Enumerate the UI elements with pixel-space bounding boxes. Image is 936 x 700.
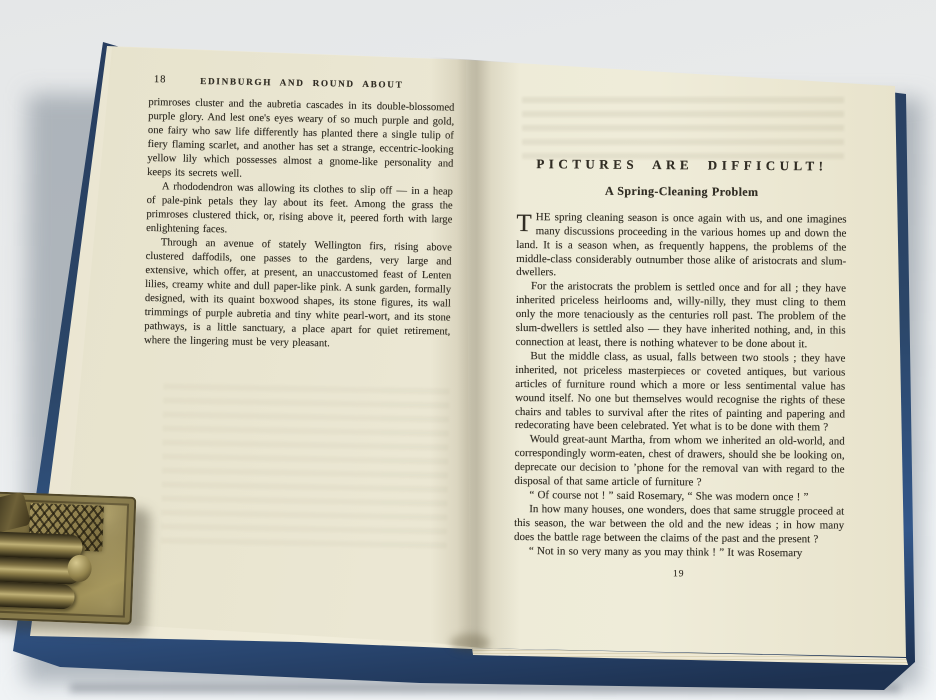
show-through-text: [161, 384, 450, 557]
page-number-left: 18: [154, 73, 167, 87]
bookend-ridge: [0, 531, 83, 560]
right-page-text: PICTURES ARE DIFFICULT! A Spring-Cleanin…: [514, 157, 847, 584]
body-paragraph: A rhododendron was allowing its clothes …: [146, 180, 453, 242]
brass-bookend: [0, 491, 136, 625]
show-through-text: [522, 97, 844, 159]
bookend-ridge: [0, 581, 75, 610]
running-header: 18 EDINBURGH AND ROUND ABOUT: [149, 73, 455, 94]
body-paragraph: In how many houses, one wonders, does th…: [514, 503, 844, 547]
drop-cap: T: [516, 211, 535, 235]
body-paragraph: Through an avenue of stately Wellington …: [144, 236, 452, 354]
body-paragraph: For the aristocrats the problem is settl…: [515, 280, 846, 352]
gutter-foot-shadow: [450, 634, 490, 652]
body-paragraph: primroses cluster and the aubretia casca…: [147, 96, 454, 186]
open-book-photo: 18 EDINBURGH AND ROUND ABOUT primroses c…: [0, 0, 936, 700]
left-page-text: 18 EDINBURGH AND ROUND ABOUT primroses c…: [144, 73, 455, 354]
chapter-title: PICTURES ARE DIFFICULT!: [517, 157, 847, 173]
page-number-right: 19: [514, 567, 844, 583]
paragraph-text: HE spring cleaning season is once again …: [516, 211, 847, 279]
running-title: EDINBURGH AND ROUND ABOUT: [149, 73, 455, 93]
body-paragraph: But the middle class, as usual, falls be…: [515, 350, 846, 436]
chapter-subtitle: A Spring-Cleaning Problem: [517, 184, 847, 200]
body-paragraph: THE spring cleaning season is once again…: [516, 211, 847, 283]
body-paragraph: “ Not in so very many as you may think !…: [514, 545, 844, 561]
body-paragraph: Would great-aunt Martha, from whom we in…: [514, 433, 844, 491]
